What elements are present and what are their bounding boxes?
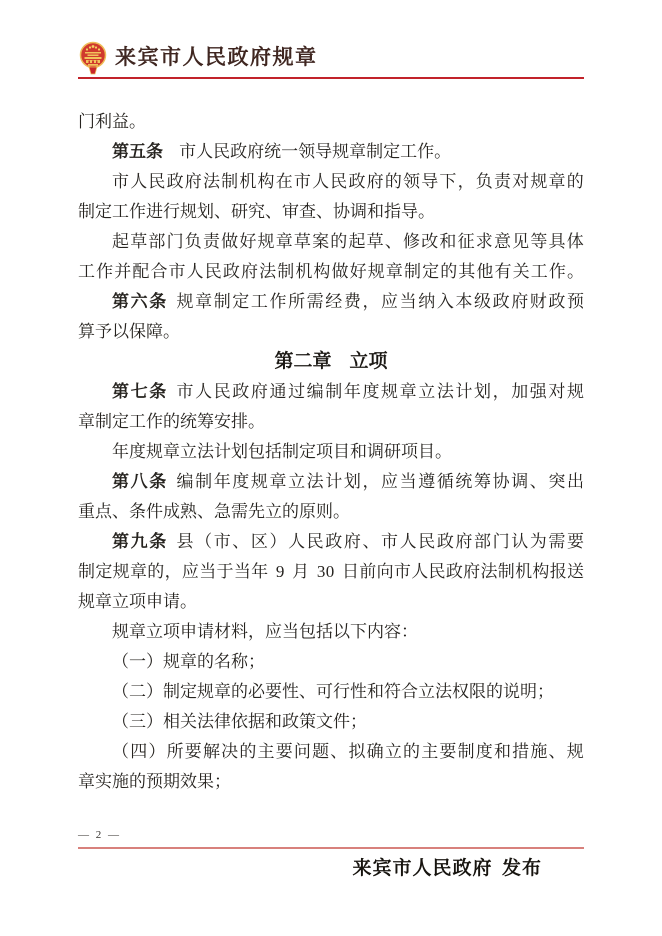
glyph: 定 [422,257,439,287]
glyph: 责 [494,167,511,197]
glyph: 主 [421,737,438,767]
glyph: 法 [307,467,324,497]
glyph: 3 [317,557,326,587]
text-line: 章制定工作的统筹安排。 [78,407,584,437]
glyph: 构 [532,557,549,587]
glyph: 草 [367,227,384,257]
glyph: 人 [411,557,428,587]
text-line: 规章立项申请。 [78,587,584,617]
glyph: 见 [512,227,529,257]
text-segment: 市人民政府统一领导规章制定工作。 [179,142,451,161]
glyph: 民 [429,557,446,587]
text-segment: 第五条 [112,142,163,161]
glyph: 划 [344,467,361,497]
glyph: 问 [294,737,311,767]
text-line: 规章立项申请材料，应当包括以下内容： [78,617,584,647]
glyph: 意 [494,227,511,257]
glyph: 定 [232,287,249,317]
glyph: 政 [437,527,454,557]
glyph: 循 [437,467,454,497]
footer-rule [78,847,584,849]
glyph: 第 [112,527,129,557]
text-segment: （二）制定规章的必要性、可行性和符合立法权限的说明； [112,682,554,701]
glyph: 为 [530,527,547,557]
glyph: 统 [455,467,472,497]
glyph: 规 [113,557,130,587]
glyph: 工 [78,257,95,287]
glyph: 认 [511,527,528,557]
glyph: 章 [130,557,147,587]
glyph: 府 [455,527,472,557]
glyph: 市 [169,257,186,287]
document-title: 来宾市人民政府规章 [115,41,318,75]
glyph: 规 [368,257,385,287]
text-line: 市人民政府法制机构在市人民政府的领导下，负责对规章的 [78,167,584,197]
glyph: 门 [493,527,510,557]
glyph: 度 [476,737,493,767]
publisher-line: 来宾市人民政府发布 [352,853,542,880]
glyph: 区 [251,527,268,557]
glyph: 规 [251,467,268,497]
glyph: 过 [288,377,305,407]
glyph: 立 [418,377,435,407]
glyph: 六 [131,287,148,317]
glyph: 章 [386,257,403,287]
glyph: 计 [455,377,472,407]
glyph: 前 [359,557,376,587]
glyph: 体 [567,227,584,257]
text-line: （二）制定规章的必要性、可行性和符合立法权限的说明； [78,677,584,707]
glyph: 政 [548,287,565,317]
text-line: 门利益。 [78,107,584,137]
glyph: 七 [131,377,148,407]
text-line: 起草部门负责做好规章草案的起草、修改和征求意见等具体 [78,227,584,257]
glyph: 制 [195,467,212,497]
glyph: 八 [131,467,148,497]
glyph: ） [269,527,286,557]
glyph: 机 [515,557,532,587]
glyph: 市 [294,167,311,197]
glyph: ， [493,377,510,407]
glyph: 规 [530,167,547,197]
glyph: 作 [549,257,566,287]
glyph: 年 [344,377,361,407]
text-line: 制定工作进行规划、研究、审查、协调和指导。 [78,197,584,227]
glyph: 加 [511,377,528,407]
glyph: 府 [251,377,268,407]
glyph: 章 [269,467,286,497]
glyph: 第 [112,287,129,317]
glyph: 机 [295,257,312,287]
glyph: 要 [185,737,202,767]
text-line: 章实施的预期效果； [78,767,584,797]
glyph: ） [148,737,165,767]
glyph: 机 [239,167,256,197]
glyph: 人 [288,527,305,557]
national-emblem-icon [78,41,108,75]
glyph: 当 [400,287,417,317]
glyph: 门 [167,227,184,257]
glyph: 措 [512,737,529,767]
glyph: 府 [241,257,258,287]
glyph: 府 [185,167,202,197]
glyph: 第 [112,467,129,497]
glyph: 的 [330,227,347,257]
text-segment: 章制定工作的统筹安排。 [78,412,265,431]
text-segment: 制定工作进行规划、研究、审查、协调和指导。 [78,202,435,221]
glyph: 的 [567,167,584,197]
glyph: 起 [112,227,129,257]
glyph: 9 [276,557,285,587]
glyph: 负 [476,167,493,197]
glyph: 规 [567,377,584,407]
glyph: 日 [342,557,359,587]
glyph: 的 [403,737,420,767]
text-line: （四）所要解决的主要问题、拟确立的主要制度和措施、规 [78,737,584,767]
glyph: 需 [307,287,324,317]
glyph: 政 [446,557,463,587]
glyph: 章 [195,287,212,317]
glyph: 度 [362,377,379,407]
glyph: 、 [549,737,566,767]
glyph: 当 [199,557,216,587]
glyph: 案 [312,227,329,257]
glyph: 府 [367,167,384,197]
glyph: 合 [150,257,167,287]
text-line: 第九条县（市、区）人民政府、市人民政府部门认为需要 [78,527,584,557]
glyph: 制 [277,257,294,287]
glyph: 。 [567,257,584,287]
glyph: 立 [288,467,305,497]
glyph: （ [112,737,129,767]
glyph: 需 [548,527,565,557]
glyph: 条 [149,287,166,317]
glyph: 、 [530,467,547,497]
glyph: 人 [187,257,204,287]
text-segment: 算予以保障。 [78,322,180,341]
glyph: 和 [439,227,456,257]
glyph: 和 [494,737,511,767]
glyph: 制 [78,557,95,587]
text-line: 工作并配合市人民政府法制机构做好规章制定的其他有关工作。 [78,257,584,287]
glyph: 政 [167,167,184,197]
glyph: 制 [458,737,475,767]
text-segment: 章实施的预期效果； [78,772,231,791]
glyph: 府 [511,287,528,317]
document-body: 门利益。第五条市人民政府统一领导规章制定工作。市人民政府法制机构在市人民政府的领… [78,107,584,797]
glyph: 构 [258,167,275,197]
glyph: 遵 [418,467,435,497]
glyph: 筹 [474,467,491,497]
glyph: 要 [276,737,293,767]
glyph: 年 [251,557,268,587]
glyph: 入 [437,287,454,317]
glyph: 编 [307,377,324,407]
glyph: 府 [344,527,361,557]
glyph: 题 [312,737,329,767]
glyph: 好 [239,227,256,257]
glyph: 年 [214,467,231,497]
glyph: 草 [294,227,311,257]
glyph: 民 [214,377,231,407]
glyph: 的 [440,257,457,287]
glyph: 条 [149,377,166,407]
glyph: ， [362,467,379,497]
text-line: （三）相关法律依据和政策文件； [78,707,584,737]
glyph: 规 [258,227,275,257]
header-rule [78,77,584,79]
glyph: 对 [512,167,529,197]
glyph: 定 [95,557,112,587]
glyph: 突 [548,467,565,497]
glyph: 民 [205,257,222,287]
glyph: 预 [567,287,584,317]
glyph: 、 [362,527,379,557]
glyph: 的 [147,557,164,587]
glyph: 费 [344,287,361,317]
glyph: 作 [96,257,113,287]
glyph: 调 [511,467,528,497]
glyph: 施 [530,737,547,767]
glyph: 求 [476,227,493,257]
glyph: 市 [177,377,194,407]
glyph: 人 [130,167,147,197]
document-page: 来宾市人民政府规章 门利益。第五条市人民政府统一领导规章制定工作。市人民政府法制… [0,0,662,936]
glyph: 对 [548,377,565,407]
glyph: 的 [239,737,256,767]
glyph: 民 [148,167,165,197]
text-line: 第五条市人民政府统一领导规章制定工作。 [78,137,584,167]
glyph: 出 [567,467,584,497]
glyph: ， [458,167,475,197]
glyph: 条 [149,527,166,557]
glyph: 第 [112,377,129,407]
glyph: 规 [381,377,398,407]
glyph: 民 [330,167,347,197]
glyph: 应 [381,287,398,317]
glyph: 市 [381,527,398,557]
text-line: 第八条编制年度规章立法计划，应当遵循统筹协调、突出 [78,467,584,497]
glyph: 章 [400,377,417,407]
glyph: 责 [203,227,220,257]
glyph: ， [362,287,379,317]
text-segment: 第二章 [274,351,331,372]
glyph: 做 [332,257,349,287]
glyph: 向 [377,557,394,587]
glyph: 好 [350,257,367,287]
glyph: 计 [325,467,342,497]
glyph: 划 [474,377,491,407]
glyph: 市 [214,527,231,557]
glyph: 本 [455,287,472,317]
glyph: 构 [313,257,330,287]
glyph: 做 [221,227,238,257]
glyph: 市 [112,167,129,197]
glyph: 制 [214,287,231,317]
glyph: 工 [531,257,548,287]
glyph: 经 [325,287,342,317]
glyph: 导 [421,167,438,197]
glyph: 具 [549,227,566,257]
glyph: 编 [177,467,194,497]
glyph: 领 [403,167,420,197]
glyph: 协 [493,467,510,497]
glyph: 的 [385,167,402,197]
glyph: 、 [330,737,347,767]
glyph: 市 [394,557,411,587]
glyph: 财 [530,287,547,317]
page-number: — 2 — [78,829,121,841]
glyph: 草 [130,227,147,257]
glyph: 政 [325,527,342,557]
glyph: 他 [476,257,493,287]
glyph: 法 [480,557,497,587]
glyph: 月 [292,557,309,587]
glyph: 纳 [418,287,435,317]
glyph: 规 [177,287,194,317]
glyph: 当 [400,467,417,497]
text-segment: 规章立项申请材料，应当包括以下内容： [112,622,418,641]
glyph: 民 [418,527,435,557]
glyph: ， [165,557,182,587]
glyph: 征 [458,227,475,257]
glyph: 人 [195,377,212,407]
glyph: 制 [498,557,515,587]
glyph: 府 [463,557,480,587]
glyph: 强 [530,377,547,407]
glyph: 政 [223,257,240,287]
glyph: 九 [131,527,148,557]
glyph: 其 [458,257,475,287]
glyph: 于 [217,557,234,587]
glyph: 部 [148,227,165,257]
glyph: 解 [203,737,220,767]
glyph: 、 [385,227,402,257]
glyph: 在 [276,167,293,197]
glyph: 决 [221,737,238,767]
glyph: 报 [550,557,567,587]
text-segment: 年度规章立法计划包括制定项目和调研项目。 [112,442,452,461]
glyph: 下 [439,167,456,197]
publisher-name: 来宾市人民政府 [352,858,492,879]
glyph: 制 [325,377,342,407]
glyph: 并 [114,257,131,287]
glyph: 起 [348,227,365,257]
glyph: 章 [549,167,566,197]
text-line: 第六条规章制定工作所需经费，应当纳入本级政府财政预 [78,287,584,317]
glyph: 送 [567,557,584,587]
glyph: 人 [400,527,417,557]
glyph: 工 [251,287,268,317]
glyph: 确 [367,737,384,767]
glyph: 制 [221,167,238,197]
glyph: 关 [513,257,530,287]
document-header: 来宾市人民政府规章 [78,41,584,75]
publisher-suffix: 发布 [502,858,542,879]
glyph: 要 [567,527,584,557]
glyph: 政 [493,287,510,317]
glyph: 等 [530,227,547,257]
glyph: 政 [348,167,365,197]
glyph: 要 [439,737,456,767]
glyph: 立 [385,737,402,767]
glyph: 应 [182,557,199,587]
text-segment: 立项 [350,351,388,372]
glyph: 级 [474,287,491,317]
glyph: 县 [177,527,194,557]
glyph: 民 [307,527,324,557]
glyph: 应 [381,467,398,497]
glyph: 0 [326,557,335,587]
glyph: 法 [437,377,454,407]
glyph: 作 [269,287,286,317]
glyph: 政 [232,377,249,407]
glyph: 四 [130,737,147,767]
glyph: 人 [312,167,329,197]
glyph: 拟 [348,737,365,767]
glyph: 度 [232,467,249,497]
glyph: （ [195,527,212,557]
text-line: 第七条市人民政府通过编制年度规章立法计划，加强对规 [78,377,584,407]
text-segment: 门利益。 [78,112,146,131]
glyph: 改 [421,227,438,257]
glyph: 主 [258,737,275,767]
text-line: 算予以保障。 [78,317,584,347]
glyph: 条 [149,467,166,497]
glyph: 、 [232,527,249,557]
glyph: 通 [269,377,286,407]
text-segment: 重点、条件成熟、急需先立的原则。 [78,502,350,521]
text-line: （一）规章的名称； [78,647,584,677]
glyph: 所 [167,737,184,767]
glyph: 负 [185,227,202,257]
glyph: 部 [474,527,491,557]
glyph: 规 [567,737,584,767]
glyph: 所 [288,287,305,317]
glyph: 章 [276,227,293,257]
glyph: 修 [403,227,420,257]
glyph: 配 [132,257,149,287]
glyph: 当 [234,557,251,587]
text-segment: （三）相关法律依据和政策文件； [112,712,367,731]
text-line: 重点、条件成熟、急需先立的原则。 [78,497,584,527]
text-segment: （一）规章的名称； [112,652,265,671]
glyph: 法 [203,167,220,197]
text-segment: 规章立项申请。 [78,592,197,611]
glyph: 法 [259,257,276,287]
text-line: 年度规章立法计划包括制定项目和调研项目。 [78,437,584,467]
glyph: 制 [404,257,421,287]
chapter-heading: 第二章立项 [78,347,584,377]
glyph: 有 [495,257,512,287]
text-line: 制定规章的，应当于当年9月30日前向市人民政府法制机构报送 [78,557,584,587]
